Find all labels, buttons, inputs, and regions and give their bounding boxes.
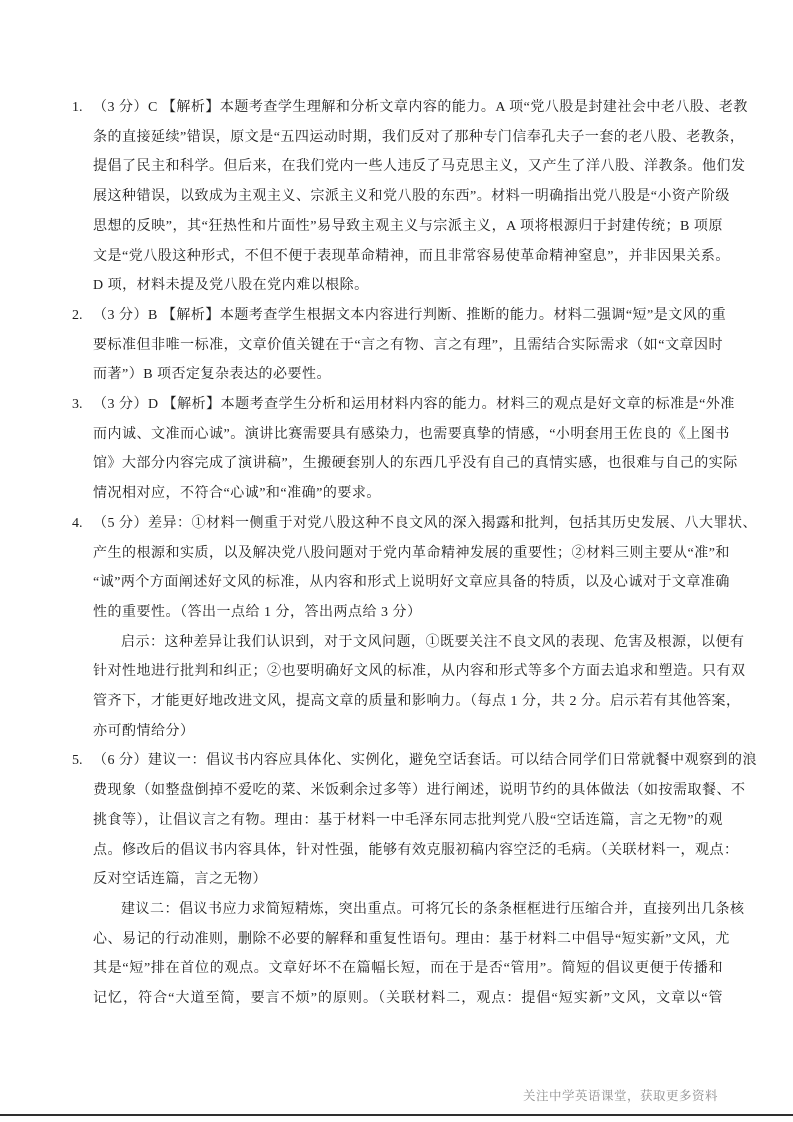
answer-item: 5.（6 分）建议一：倡议书内容应具体化、实例化，避免空话套话。可以结合同学们日… <box>72 746 723 1013</box>
answer-item: 3.（3 分）D 【解析】本题考查学生分析和运用材料内容的能力。材料三的观点是好… <box>72 390 723 509</box>
text-line: 记忆，符合“大道至简，要言不烦”的原则。（关联材料二，观点：提倡“短实新”文风，… <box>93 984 723 1014</box>
text-line: “诚”两个方面阐述好文风的标准，从内容和形式上说明好文章应具备的特质，以及心诚对… <box>93 568 723 598</box>
answer-item: 2.（3 分）B 【解析】本题考查学生根据文本内容进行判断、推断的能力。材料二强… <box>72 301 723 390</box>
text-line: 心、易记的行动准则，删除不必要的解释和重复性语句。理由：基于材料二中倡导“短实新… <box>93 925 723 955</box>
text-line: 而著”）B 项否定复杂表达的必要性。 <box>93 360 723 390</box>
text-line: 性的重要性。（答出一点给 1 分，答出两点给 3 分） <box>93 598 723 628</box>
text-line: 展这种错误，以致成为主观主义、宗派主义和党八股的东西”。材料一明确指出党八股是“… <box>93 182 723 212</box>
item-number: 1. <box>72 93 83 123</box>
text-line: （5 分）差异：①材料一侧重于对党八股这种不良文风的深入揭露和批判，包括其历史发… <box>93 509 723 539</box>
item-number: 4. <box>72 509 83 539</box>
text-line: D 项，材料未提及党八股在党内难以根除。 <box>93 271 723 301</box>
text-line: 点。修改后的倡议书内容具体，针对性强，能够有效克服初稿内容空泛的毛病。（关联材料… <box>93 836 723 866</box>
text-line: 启示：这种差异让我们认识到，对于文风问题，①既要关注不良文风的表现、危害及根源，… <box>93 628 723 658</box>
document-page: 1.（3 分）C 【解析】本题考查学生理解和分析文章内容的能力。A 项“党八股是… <box>0 0 793 1122</box>
text-line: 亦可酌情给分） <box>93 717 723 747</box>
text-line: 而内诚、文准而心诚”。演讲比赛需要具有感染力，也需要真挚的情感，“小明套用王佐良… <box>93 420 723 450</box>
text-line: 其是“短”排在首位的观点。文章好坏不在篇幅长短，而在于是否“管用”。简短的倡议更… <box>93 954 723 984</box>
item-number: 2. <box>72 301 83 331</box>
page-bottom-border <box>0 1114 793 1116</box>
text-line: 建议二：倡议书应力求简短精炼，突出重点。可将冗长的条条框框进行压缩合并，直接列出… <box>93 895 723 925</box>
item-number: 5. <box>72 746 83 776</box>
text-line: 费现象（如整盘倒掉不爱吃的菜、米饭剩余过多等）进行阐述，说明节约的具体做法（如按… <box>93 776 723 806</box>
text-line: （3 分）C 【解析】本题考查学生理解和分析文章内容的能力。A 项“党八股是封建… <box>93 93 723 123</box>
text-line: 条的直接延续”错误，原文是“五四运动时期，我们反对了那种专门信奉孔夫子一套的老八… <box>93 123 723 153</box>
text-line: 馆》大部分内容完成了演讲稿”，生搬硬套别人的东西几乎没有自己的真情实感，也很难与… <box>93 449 723 479</box>
text-line: 文是“党八股这种形式，不但不便于表现革命精神，而且非常容易使革命精神窒息”，并非… <box>93 242 723 272</box>
text-line: 提倡了民主和科学。但后来，在我们党内一些人违反了马克思主义，又产生了洋八股、洋教… <box>93 152 723 182</box>
text-line: （3 分）D 【解析】本题考查学生分析和运用材料内容的能力。材料三的观点是好文章… <box>93 390 723 420</box>
answer-item: 4.（5 分）差异：①材料一侧重于对党八股这种不良文风的深入揭露和批判，包括其历… <box>72 509 723 747</box>
text-line: 管齐下，才能更好地改进文风，提高文章的质量和影响力。（每点 1 分，共 2 分。… <box>93 687 723 717</box>
footer-note: 关注中学英语课堂，获取更多资料 <box>523 1086 718 1104</box>
text-line: 针对性地进行批判和纠正；②也要明确好文风的标准，从内容和形式等多个方面去追求和塑… <box>93 657 723 687</box>
text-line: 产生的根源和实质，以及解决党八股问题对于党内革命精神发展的重要性；②材料三则主要… <box>93 539 723 569</box>
text-line: 情况相对应，不符合“心诚”和“准确”的要求。 <box>93 479 723 509</box>
answer-item: 1.（3 分）C 【解析】本题考查学生理解和分析文章内容的能力。A 项“党八股是… <box>72 93 723 301</box>
text-line: （6 分）建议一：倡议书内容应具体化、实例化，避免空话套话。可以结合同学们日常就… <box>93 746 723 776</box>
text-line: 思想的反映”，其“狂热性和片面性”易导致主观主义与宗派主义，A 项将根源归于封建… <box>93 212 723 242</box>
text-line: 要标准但非唯一标准，文章价值关键在于“言之有物、言之有理”，且需结合实际需求（如… <box>93 331 723 361</box>
text-line: 挑食等），让倡议言之有物。理由：基于材料一中毛泽东同志批判党八股“空话连篇，言之… <box>93 806 723 836</box>
text-line: （3 分）B 【解析】本题考查学生根据文本内容进行判断、推断的能力。材料二强调“… <box>93 301 723 331</box>
item-number: 3. <box>72 390 83 420</box>
text-line: 反对空话连篇，言之无物） <box>93 865 723 895</box>
answer-list: 1.（3 分）C 【解析】本题考查学生理解和分析文章内容的能力。A 项“党八股是… <box>72 93 723 1014</box>
